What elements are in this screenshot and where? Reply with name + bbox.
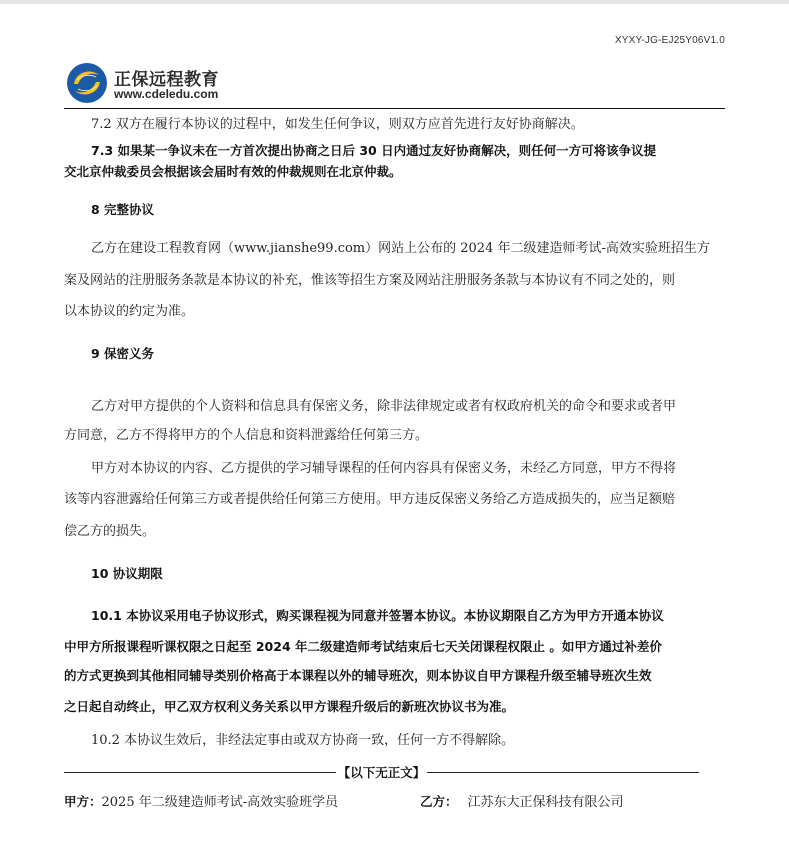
clause-8-line-1: 乙方在建设工程教育网（www.jianshe99.com）网站上公布的 2024… (64, 235, 725, 263)
clause-9-b-line-1: 甲方对本协议的内容、乙方提供的学习辅导课程的任何内容具有保密义务，未经乙方同意，… (64, 455, 725, 483)
section-9-heading: 9 保密义务 (64, 340, 725, 368)
brand-url: www.cdeledu.com (114, 87, 218, 101)
clause-8-line-2: 案及网站的注册服务条款是本协议的补充，惟该等招生方案及网站注册服务条款与本协议有… (64, 267, 725, 295)
section-10-heading: 10 协议期限 (64, 560, 725, 588)
party-a-value: 2025 年二级建造师考试-高效实验班学员 (102, 795, 339, 810)
top-border-strip (0, 0, 789, 4)
clause-9-a-line-2: 方同意，乙方不得将甲方的个人信息和资料泄露给任何第三方。 (64, 422, 725, 450)
party-b-label: 乙方： (420, 794, 458, 809)
clause-10-1-line-1: 10.1 本协议采用电子协议形式，购买课程视为同意并签署本协议。本协议期限自乙方… (64, 602, 725, 630)
end-of-text-divider: 【以下无正文】 (64, 760, 699, 784)
clause-9-b-line-2: 该等内容泄露给任何第三方或者提供给任何第三方使用。甲方违反保密义务给乙方造成损失… (64, 486, 725, 514)
party-b-value: 江苏东大正保科技有限公司 (468, 795, 624, 810)
clause-9-b-line-3: 偿乙方的损失。 (64, 518, 725, 546)
cdeledu-logo-icon (66, 62, 108, 104)
clause-10-2: 10.2 本协议生效后，非经法定事由或双方协商一致，任何一方不得解除。 (64, 727, 725, 755)
clause-10-1-line-2: 中甲方所报课程听课权限之日起至 2024 年二级建造师考试结束后七天关闭课程权限… (64, 633, 725, 661)
party-b-signature: 乙方：江苏东大正保科技有限公司 (420, 790, 624, 815)
document-code: XYXY-JG-EJ25Y06V1.0 (615, 35, 725, 46)
section-8-heading: 8 完整协议 (64, 196, 725, 224)
divider-line-left (64, 772, 336, 773)
header-rule (64, 108, 725, 109)
clause-7-2: 7.2 双方在履行本协议的过程中，如发生任何争议，则双方应首先进行友好协商解决。 (64, 111, 725, 139)
clause-7-3-line-2: 交北京仲裁委员会根据该会届时有效的仲裁规则在北京仲裁。 (64, 158, 725, 186)
clause-10-1-line-4: 之日起自动终止，甲乙双方权利义务关系以甲方课程升级后的新班次协议书为准。 (64, 693, 725, 721)
clause-8-line-3: 以本协议的约定为准。 (64, 298, 725, 326)
end-of-text-label: 【以下无正文】 (336, 763, 428, 781)
divider-line-right (427, 772, 699, 773)
document-header: 正保远程教育 www.cdeledu.com (64, 60, 725, 110)
party-a-signature: 甲方：2025 年二级建造师考试-高效实验班学员 (64, 790, 338, 815)
clause-10-1-line-3: 的方式更换到其他相同辅导类别价格高于本课程以外的辅导班次，则本协议自甲方课程升级… (64, 662, 725, 690)
party-a-label: 甲方： (64, 794, 102, 809)
clause-9-a-line-1: 乙方对甲方提供的个人资料和信息具有保密义务，除非法律规定或者有权政府机关的命令和… (64, 393, 725, 421)
